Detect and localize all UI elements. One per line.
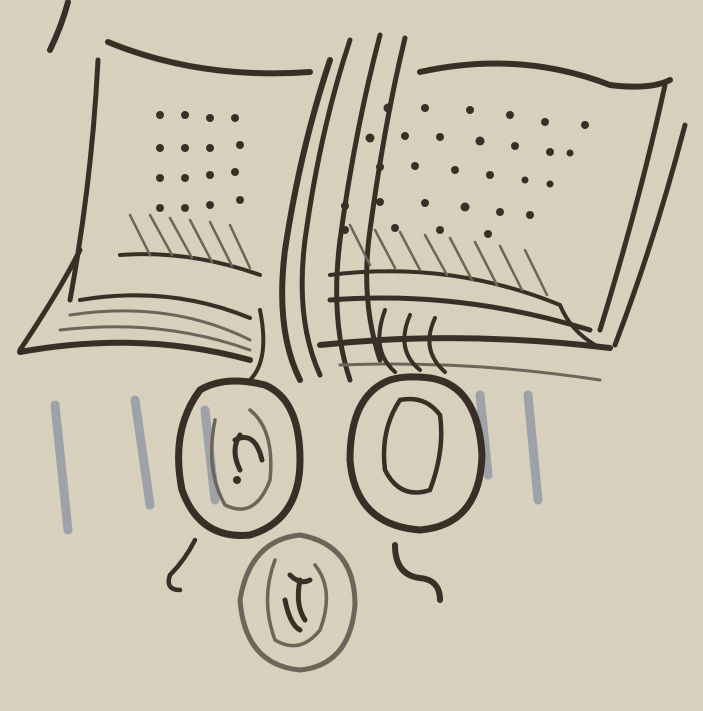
paper-grain xyxy=(0,0,703,711)
ink-sketch xyxy=(0,0,703,711)
drawing-canvas xyxy=(0,0,703,711)
